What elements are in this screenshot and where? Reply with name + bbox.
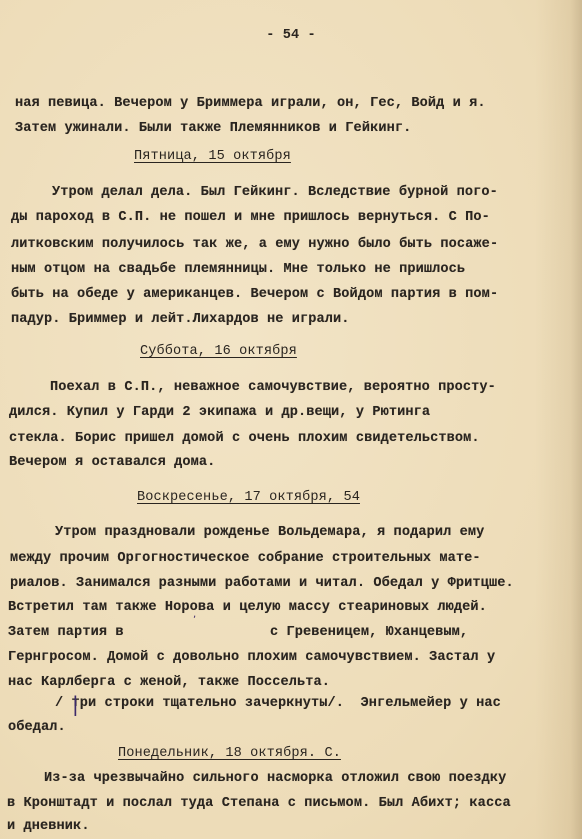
text-line: обедал. (8, 720, 66, 736)
text-line: быть на обеде у американцев. Вечером с В… (11, 287, 498, 303)
text-line: с Гревеницем, Юханцевым, (270, 625, 468, 641)
text-line: Гернгросом. Домой с довольно плохим само… (8, 650, 495, 666)
text-line: Из-за чрезвычайно сильного насморка отло… (44, 771, 506, 787)
text-line: Утром праздновали рожденье Вольдемара, я… (55, 525, 484, 541)
text-line: литковским получилось так же, а ему нужн… (11, 237, 498, 253)
text-line: между прочим Оргогностическое собрание с… (10, 551, 481, 567)
text-line: ным отцом на свадьбе племянницы. Мне тол… (11, 262, 465, 278)
text-line: Утром делал дела. Был Гейкинг. Вследстви… (52, 185, 498, 201)
text-line: и дневник. (7, 819, 90, 835)
entry-heading-sunday: Воскресенье, 17 октября, 54 (137, 490, 360, 506)
entry-heading-friday: Пятница, 15 октября (134, 149, 291, 165)
text-line: Затем ужинали. Были также Племянников и … (15, 121, 411, 137)
entry-heading-saturday: Суббота, 16 октября (140, 344, 297, 360)
text-line: в Кронштадт и послал туда Степана с пись… (7, 796, 511, 812)
text-line: стекла. Борис пришел домой с очень плохи… (9, 431, 480, 447)
pen-slash-mark: | (72, 694, 79, 714)
text-line: риалов. Занимался разными работами и чит… (10, 576, 514, 592)
entry-heading-monday: Понедельник, 18 октября. С. (118, 746, 341, 762)
document-page: - 54 - ная певица. Вечером у Бриммера иг… (0, 0, 582, 839)
text-line: нас Карлберга с женой, также Поссельта. (8, 675, 330, 691)
pen-comma-mark: , (193, 609, 196, 620)
text-line: ная певица. Вечером у Бриммера играли, о… (15, 96, 486, 112)
text-line: Поехал в С.П., неважное самочувствие, ве… (50, 380, 496, 396)
text-line: Затем партия в (8, 625, 124, 641)
text-line: дился. Купил у Гарди 2 экипажа и др.вещи… (9, 405, 430, 421)
text-line: падур. Бриммер и лейт.Лихардов не играли… (11, 312, 350, 328)
text-line: / три строки тщательно зачеркнуты/. Энге… (55, 696, 501, 712)
text-line: ды пароход в С.П. не пошел и мне пришлос… (11, 210, 490, 226)
page-number: - 54 - (0, 28, 582, 43)
text-line: Вечером я оставался дома. (9, 455, 215, 471)
text-line: Встретил там также Норова и целую массу … (8, 600, 487, 616)
